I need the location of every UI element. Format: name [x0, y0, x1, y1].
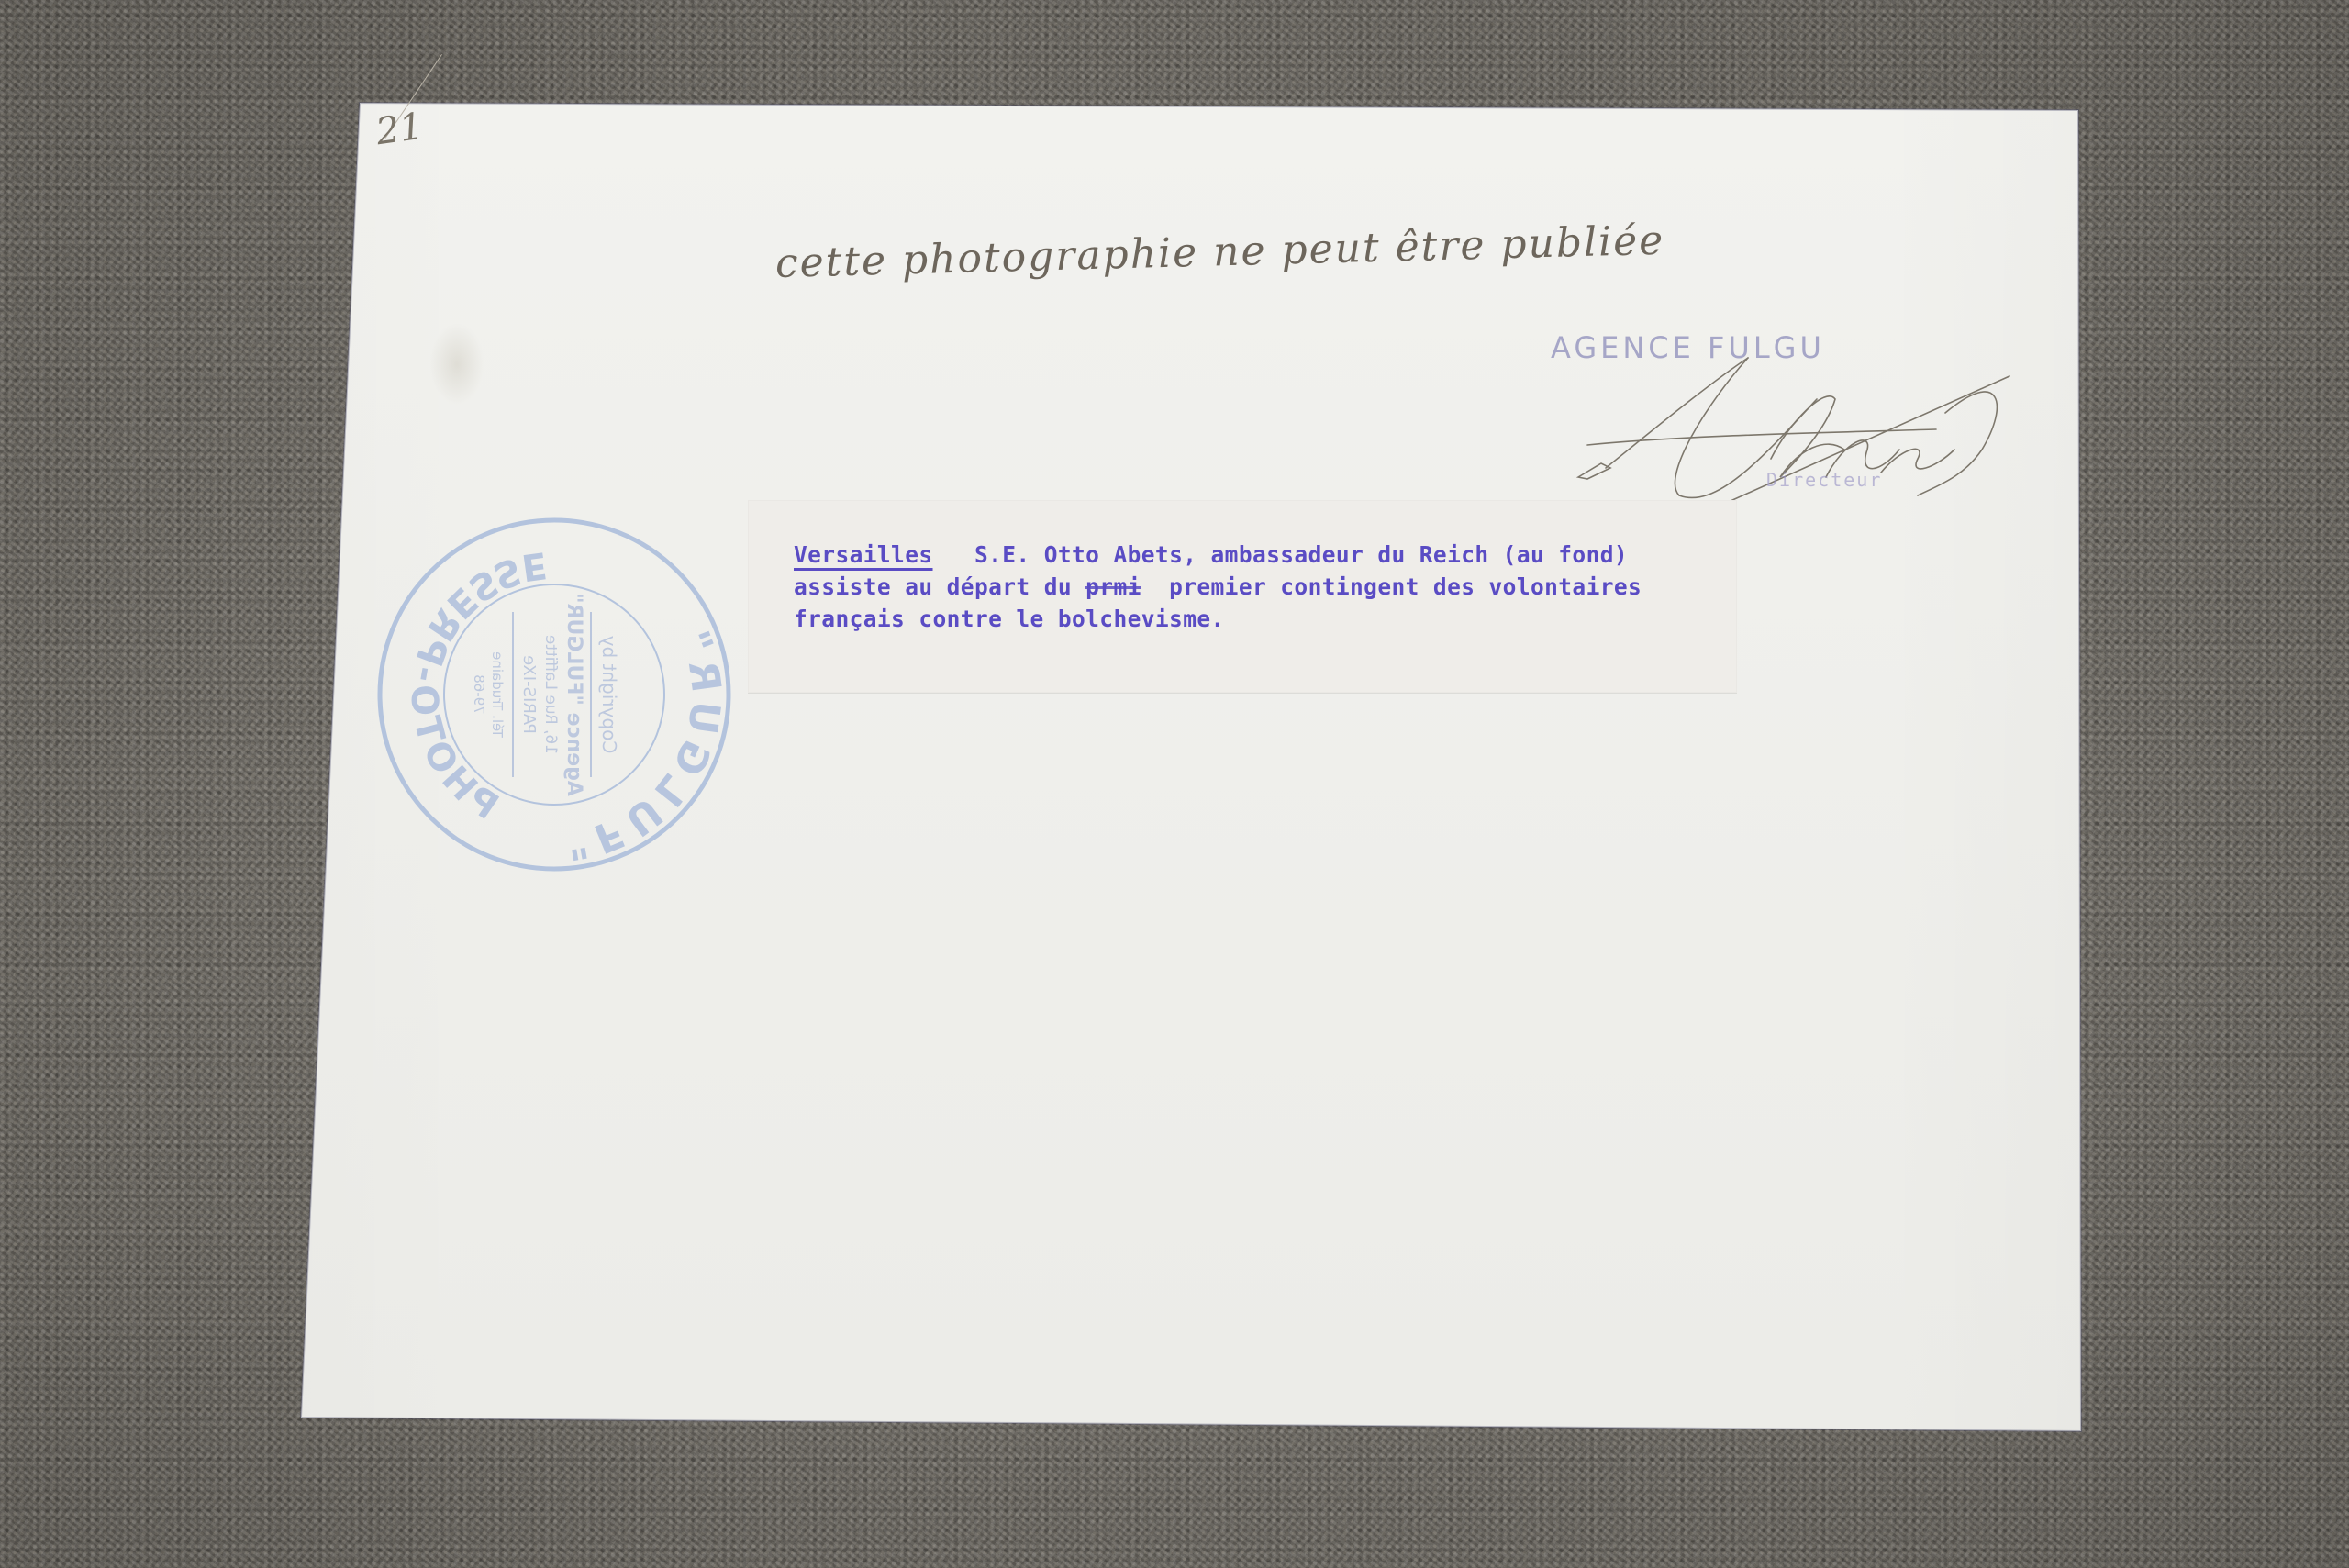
caption-place: Versailles [794, 541, 933, 568]
faint-paper-mark [429, 323, 484, 406]
caption-line-2a: assiste au départ du [794, 573, 1085, 600]
director-title-stamp: Directeur [1766, 469, 1882, 491]
caption-line-3: français contre le bolchevisme. [794, 606, 1225, 632]
caption-text: Versailles S.E. Otto Abets, ambassadeur … [794, 539, 1642, 635]
stamp-line-number: 79-68 [471, 674, 487, 715]
stamp-line-street: 16, Rue Laffitte [541, 635, 560, 754]
caption-label: Versailles S.E. Otto Abets, ambassadeur … [748, 500, 1737, 693]
corner-number: 21 [373, 106, 426, 154]
caption-line-1: S.E. Otto Abets, ambassadeur du Reich (a… [933, 541, 1629, 568]
fulgur-round-stamp: "FULGUR" PHOTO-PRESSE Copyright by Agenc… [375, 516, 733, 873]
caption-line-2b: premier contingent des volontaires [1141, 573, 1642, 600]
stamp-line-city: PARIS-IXe [519, 655, 539, 734]
caption-struck-word: prmi [1085, 573, 1141, 600]
stamp-line-tel: Tél. Trudaine [489, 651, 506, 739]
stamp-line-copyright: Copyright by [598, 636, 620, 754]
stamp-line-agency: Agence "FULGUR" [562, 593, 585, 796]
